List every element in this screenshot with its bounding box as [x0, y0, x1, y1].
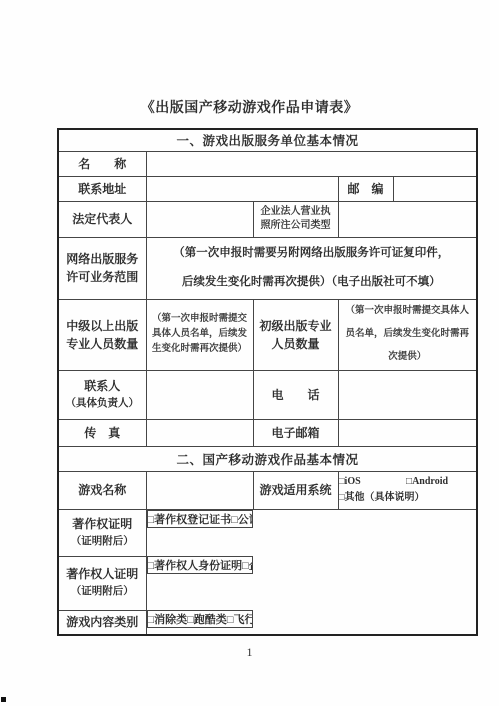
phone-value-cell — [338, 370, 477, 419]
checkbox-option-match3: □消除类 — [148, 611, 188, 627]
game-name-label: 游戏名称 — [58, 471, 146, 509]
table-row: 一、游戏出版服务单位基本情况 — [58, 129, 477, 151]
table-row: 游戏名称 游戏适用系统 □iOS □Android □其他（具体说明） — [58, 471, 477, 509]
checkbox-option-business-license: □企业法人营业执照 — [242, 557, 253, 573]
table-row: 法定代表人 企业法人营业执 照所注公司类型 — [58, 201, 477, 237]
fax-label: 传 真 — [58, 419, 146, 446]
copyright-proof-options-cell: □著作权登记证书 □公证书 □自我声明 □其他 — [147, 510, 254, 528]
table-row: 网络出版服务 许可业务范围 （第一次申报时需要另附网络出版服务许可证复印件， 后… — [58, 237, 477, 299]
copyright-owner-proof-label: 著作权人证明 （证明附后） — [58, 556, 146, 610]
copyright-proof-label: 著作权证明 （证明附后） — [58, 509, 146, 556]
junior-staff-label: 初级出版专业 人员数量 — [253, 299, 338, 370]
company-type-label: 企业法人营业执 照所注公司类型 — [253, 201, 338, 237]
content-category-options-cell: □消除类 □跑酷类 □飞行类 □棋牌类 — [147, 610, 254, 628]
page-number: 1 — [0, 645, 499, 660]
table-row: 著作权证明 （证明附后） □著作权登记证书 □公证书 □自我声明 □其他 — [58, 509, 477, 556]
unit-name-label: 名 称 — [58, 151, 146, 176]
company-type-value-cell — [338, 201, 477, 237]
phone-label: 电 话 — [253, 370, 338, 419]
checkbox-option-ios: □iOS — [339, 474, 361, 490]
checkbox-option-android: □Android — [406, 474, 448, 490]
table-row: 联系地址 邮 编 — [58, 176, 477, 201]
copyright-owner-options-cell: □著作权人身份证明 □企业法人营业执照 □其他 — [147, 556, 254, 574]
game-name-value-cell — [146, 471, 253, 509]
checkbox-option-registration-cert: □著作权登记证书 — [148, 511, 232, 527]
contact-address-value-cell — [146, 176, 338, 201]
table-row: 二、国产移动游戏作品基本情况 — [58, 446, 477, 471]
email-label: 电子邮箱 — [253, 419, 338, 446]
unit-name-value-cell — [146, 151, 477, 176]
contact-person-value-cell — [146, 370, 253, 419]
legal-representative-value-cell — [146, 201, 253, 237]
mid-level-staff-label: 中级以上出版 专业人员数量 — [58, 299, 146, 370]
section1-header: 一、游戏出版服务单位基本情况 — [58, 129, 477, 151]
scan-artifact-dot — [1, 697, 6, 702]
checkbox-option-owner-id: □著作权人身份证明 — [148, 557, 243, 573]
postal-code-value-cell — [393, 176, 477, 201]
legal-representative-label: 法定代表人 — [58, 201, 146, 237]
application-form-table: 一、游戏出版服务单位基本情况 名 称 联系地址 邮 编 法定代表人 企业法人营业… — [57, 128, 478, 636]
postal-code-label: 邮 编 — [338, 176, 393, 201]
platform-options-cell: □iOS □Android □其他（具体说明） — [338, 471, 477, 509]
table-row: 联系人 （具体负责人） 电 话 — [58, 370, 477, 419]
checkbox-option-notarial-cert: □公证书 — [231, 511, 253, 527]
contact-address-label: 联系地址 — [58, 176, 146, 201]
license-scope-label: 网络出版服务 许可业务范围 — [58, 237, 146, 299]
platform-label: 游戏适用系统 — [253, 471, 338, 509]
scanned-form-page: 《出版国产移动游戏作品申请表》 一、游戏出版服务单位基本情况 名 称 联系地址 … — [0, 0, 499, 706]
checkbox-option-runner: □跑酷类 — [187, 611, 227, 627]
checkbox-option-flying: □飞行类 — [227, 611, 253, 627]
junior-staff-note: （第一次申报时需提交具体人 员名单，后续发生变化时需再 次提供） — [338, 299, 477, 370]
table-row: 传 真 电子邮箱 — [58, 419, 477, 446]
mid-level-staff-note: （第一次申报时需提交 具体人员名单，后续发 生变化时需再次提供） — [146, 299, 253, 370]
form-title: 《出版国产移动游戏作品申请表》 — [0, 97, 499, 117]
license-scope-note: （第一次申报时需要另附网络出版服务许可证复印件， 后续发生变化时需再次提供）（电… — [146, 237, 477, 299]
checkbox-option-other-platform: □其他（具体说明） — [339, 490, 477, 506]
table-row: 著作权人证明 （证明附后） □著作权人身份证明 □企业法人营业执照 □其他 — [58, 556, 477, 610]
email-value-cell — [338, 419, 477, 446]
table-row: 游戏内容类别 □消除类 □跑酷类 □飞行类 □棋牌类 — [58, 610, 477, 635]
fax-value-cell — [146, 419, 253, 446]
table-row: 名 称 — [58, 151, 477, 176]
table-row: 中级以上出版 专业人员数量 （第一次申报时需提交 具体人员名单，后续发 生变化时… — [58, 299, 477, 370]
contact-person-label: 联系人 （具体负责人） — [58, 370, 146, 419]
content-category-label: 游戏内容类别 — [58, 610, 146, 635]
section2-header: 二、国产移动游戏作品基本情况 — [58, 446, 477, 471]
